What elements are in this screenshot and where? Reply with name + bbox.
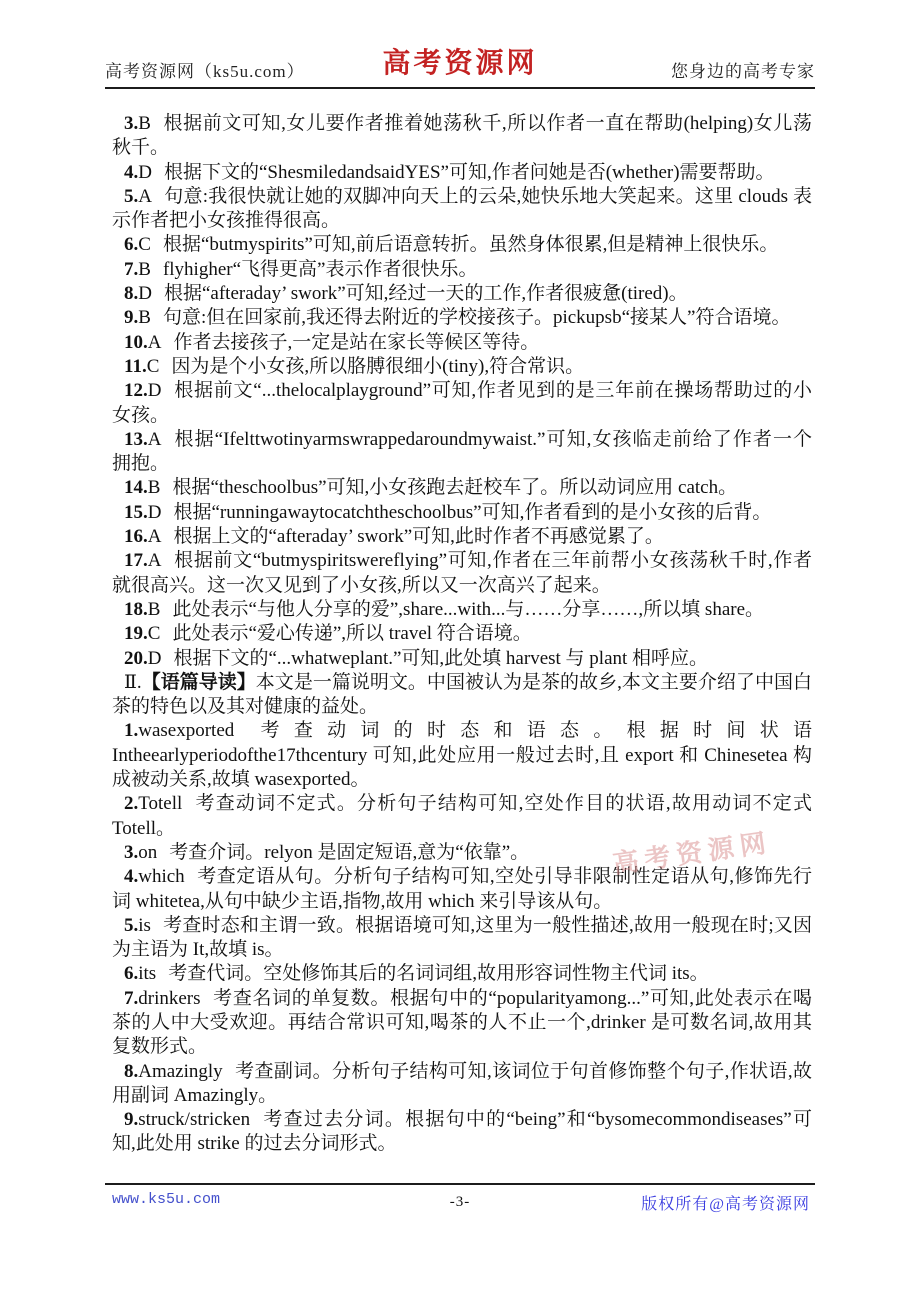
item-explanation: 考查名词的单复数。根据句中的“popularityamong...”可知,此处表…: [112, 988, 812, 1058]
item-number: 16.: [124, 526, 148, 547]
item-number: 1.: [124, 720, 138, 741]
item-number: 14.: [124, 477, 148, 498]
grammar-answer-list: 1.wasexported考查动词的时态和语态。根据时间状语 Intheearl…: [112, 719, 812, 1156]
item-answer: B: [138, 307, 151, 328]
item-answer: A: [148, 429, 162, 450]
answer-item: 8.Amazingly考查副词。分析句子结构可知,该词位于句首修饰整个句子,作状…: [112, 1060, 812, 1109]
item-number: 3.: [124, 113, 138, 134]
item-answer: C: [148, 623, 161, 644]
item-number: 5.: [124, 186, 138, 207]
answer-key-body: 3.B根据前文可知,女儿要作者推着她荡秋千,所以作者一直在帮助(helping)…: [112, 112, 812, 1157]
answer-item: 12.D根据前文“...thelocalplayground”可知,作者见到的是…: [112, 379, 812, 428]
answer-item: 4.D根据下文的“ShesmiledandsaidYES”可知,作者问她是否(w…: [112, 161, 812, 185]
answer-item: 11.C因为是个小女孩,所以胳膊很细小(tiny),符合常识。: [112, 355, 812, 379]
answer-item: 6.its考查代词。空处修饰其后的名词词组,故用形容词性物主代词 its。: [112, 962, 812, 986]
item-explanation: 考查时态和主谓一致。根据语境可知,这里为一般性描述,故用一般现在时;又因为主语为…: [112, 915, 812, 960]
item-answer: struck/stricken: [138, 1109, 250, 1130]
site-name: 高考资源网（ks5u.com）: [105, 57, 305, 82]
answer-item: 7.Bflyhigher“飞得更高”表示作者很快乐。: [112, 258, 812, 282]
item-answer: is: [138, 915, 151, 936]
item-number: 4.: [124, 162, 138, 183]
item-explanation: 根据“theschoolbus”可知,小女孩跑去赶校车了。所以动词应用 catc…: [172, 477, 737, 498]
item-explanation: 根据“butmyspirits”可知,前后语意转折。虽然身体很累,但是精神上很快…: [163, 234, 778, 255]
item-answer: on: [138, 842, 157, 863]
item-answer: B: [148, 477, 161, 498]
site-logo: 高考资源网: [382, 41, 537, 81]
item-explanation: 根据下文的“ShesmiledandsaidYES”可知,作者问她是否(whet…: [164, 162, 775, 183]
answer-item: 20.D根据下文的“...whatweplant.”可知,此处填 harvest…: [112, 647, 812, 671]
item-answer: D: [148, 502, 162, 523]
item-number: 7.: [124, 259, 138, 280]
document-page: 高考资源网（ks5u.com） 高考资源网 您身边的高考专家 3.B根据前文可知…: [0, 0, 920, 1302]
cloze-answer-list: 3.B根据前文可知,女儿要作者推着她荡秋千,所以作者一直在帮助(helping)…: [112, 112, 812, 671]
item-explanation: 根据“Ifelttwotinyarmswrappedaroundmywaist.…: [112, 429, 812, 474]
site-tagline: 您身边的高考专家: [671, 57, 815, 82]
item-explanation: 句意:我很快就让她的双脚冲向天上的云朵,她快乐地大笑起来。这里 clouds 表…: [112, 186, 812, 231]
item-answer: C: [138, 234, 151, 255]
item-answer: B: [148, 599, 161, 620]
answer-item: 10.A作者去接孩子,一定是站在家长等候区等待。: [112, 331, 812, 355]
item-explanation: 考查介词。relyon 是固定短语,意为“依靠”。: [169, 842, 529, 863]
item-number: 9.: [124, 1109, 138, 1130]
item-answer: its: [138, 963, 156, 984]
item-number: 12.: [124, 380, 148, 401]
item-answer: Totell: [138, 793, 182, 814]
item-number: 10.: [124, 332, 148, 353]
item-answer: A: [138, 186, 152, 207]
item-number: 17.: [124, 550, 148, 571]
footer-copyright: 版权所有@高考资源网: [641, 1191, 810, 1214]
item-answer: B: [138, 259, 151, 280]
item-number: 6.: [124, 963, 138, 984]
item-number: 9.: [124, 307, 138, 328]
item-number: 15.: [124, 502, 148, 523]
item-number: 4.: [124, 866, 138, 887]
answer-item: 5.A句意:我很快就让她的双脚冲向天上的云朵,她快乐地大笑起来。这里 cloud…: [112, 185, 812, 234]
item-answer: A: [148, 526, 162, 547]
item-number: 7.: [124, 988, 138, 1009]
intro-label: 【语篇导读】: [142, 672, 256, 693]
item-explanation: 根据前文可知,女儿要作者推着她荡秋千,所以作者一直在帮助(helping)女儿荡…: [112, 113, 812, 158]
answer-item: 13.A根据“Ifelttwotinyarmswrappedaroundmywa…: [112, 428, 812, 477]
item-explanation: 根据下文的“...whatweplant.”可知,此处填 harvest 与 p…: [173, 648, 708, 669]
item-explanation: flyhigher“飞得更高”表示作者很快乐。: [163, 259, 478, 280]
item-explanation: 考查定语从句。分析句子结构可知,空处引导非限制性定语从句,修饰先行词 white…: [112, 866, 812, 911]
item-explanation: 句意:但在回家前,我还得去附近的学校接孩子。pickupsb“接某人”符合语境。: [163, 307, 791, 328]
footer-url-link[interactable]: www.ks5u.com: [112, 1191, 220, 1208]
passage-intro: Ⅱ.【语篇导读】本文是一篇说明文。中国被认为是茶的故乡,本文主要介绍了中国白茶的…: [112, 671, 812, 720]
answer-item: 6.C根据“butmyspirits”可知,前后语意转折。虽然身体很累,但是精神…: [112, 233, 812, 257]
answer-item: 9.B句意:但在回家前,我还得去附近的学校接孩子。pickupsb“接某人”符合…: [112, 306, 812, 330]
answer-item: 14.B根据“theschoolbus”可知,小女孩跑去赶校车了。所以动词应用 …: [112, 476, 812, 500]
item-number: 3.: [124, 842, 138, 863]
item-explanation: 根据“runningawaytocatchtheschoolbus”可知,作者看…: [173, 502, 771, 523]
item-number: 8.: [124, 283, 138, 304]
item-explanation: 根据前文“butmyspiritswereflying”可知,作者在三年前帮小女…: [112, 550, 812, 595]
page-number: -3-: [450, 1194, 471, 1211]
item-number: 20.: [124, 648, 148, 669]
item-answer: D: [148, 648, 162, 669]
section-numeral: Ⅱ.: [124, 672, 142, 693]
item-explanation: 根据前文“...thelocalplayground”可知,作者见到的是三年前在…: [112, 380, 812, 425]
item-number: 13.: [124, 429, 148, 450]
item-explanation: 根据上文的“afteraday’ swork”可知,此时作者不再感觉累了。: [173, 526, 663, 547]
item-answer: drinkers: [138, 988, 200, 1009]
item-explanation: 考查动词不定式。分析句子结构可知,空处作目的状语,故用动词不定式 Totell。: [112, 793, 812, 838]
item-answer: D: [138, 283, 152, 304]
answer-item: 8.D根据“afteraday’ swork”可知,经过一天的工作,作者很疲惫(…: [112, 282, 812, 306]
answer-item: 3.on考查介词。relyon 是固定短语,意为“依靠”。: [112, 841, 812, 865]
item-explanation: 考查代词。空处修饰其后的名词词组,故用形容词性物主代词 its。: [168, 963, 708, 984]
answer-item: 18.B此处表示“与他人分享的爱”,share...with...与……分享………: [112, 598, 812, 622]
footer-divider: [105, 1183, 815, 1185]
item-answer: D: [138, 162, 152, 183]
answer-item: 7.drinkers考查名词的单复数。根据句中的“popularityamong…: [112, 987, 812, 1060]
answer-item: 5.is考查时态和主谓一致。根据语境可知,这里为一般性描述,故用一般现在时;又因…: [112, 914, 812, 963]
item-answer: which: [138, 866, 184, 887]
answer-item: 16.A根据上文的“afteraday’ swork”可知,此时作者不再感觉累了…: [112, 525, 812, 549]
item-number: 19.: [124, 623, 148, 644]
answer-item: 19.C此处表示“爱心传递”,所以 travel 符合语境。: [112, 622, 812, 646]
answer-item: 3.B根据前文可知,女儿要作者推着她荡秋千,所以作者一直在帮助(helping)…: [112, 112, 812, 161]
item-explanation: 作者去接孩子,一定是站在家长等候区等待。: [173, 332, 539, 353]
answer-item: 15.D根据“runningawaytocatchtheschoolbus”可知…: [112, 501, 812, 525]
item-number: 6.: [124, 234, 138, 255]
answer-item: 1.wasexported考查动词的时态和语态。根据时间状语 Intheearl…: [112, 719, 812, 792]
answer-item: 2.Totell考查动词不定式。分析句子结构可知,空处作目的状语,故用动词不定式…: [112, 792, 812, 841]
item-explanation: 因为是个小女孩,所以胳膊很细小(tiny),符合常识。: [171, 356, 584, 377]
item-explanation: 此处表示“与他人分享的爱”,share...with...与……分享……,所以填…: [172, 599, 764, 620]
item-answer: wasexported: [138, 720, 234, 741]
item-number: 11.: [124, 356, 147, 377]
item-answer: D: [148, 380, 162, 401]
item-number: 2.: [124, 793, 138, 814]
item-number: 18.: [124, 599, 148, 620]
answer-item: 17.A根据前文“butmyspiritswereflying”可知,作者在三年…: [112, 549, 812, 598]
item-answer: C: [147, 356, 160, 377]
item-answer: A: [148, 550, 162, 571]
page-header: 高考资源网（ks5u.com） 高考资源网 您身边的高考专家: [105, 0, 815, 89]
answer-item: 9.struck/stricken考查过去分词。根据句中的“being”和“by…: [112, 1108, 812, 1157]
item-number: 5.: [124, 915, 138, 936]
item-explanation: 根据“afteraday’ swork”可知,经过一天的工作,作者很疲惫(tir…: [164, 283, 688, 304]
item-answer: A: [148, 332, 162, 353]
item-number: 8.: [124, 1061, 138, 1082]
item-answer: B: [138, 113, 151, 134]
item-explanation: 此处表示“爱心传递”,所以 travel 符合语境。: [172, 623, 531, 644]
answer-item: 4.which考查定语从句。分析句子结构可知,空处引导非限制性定语从句,修饰先行…: [112, 865, 812, 914]
item-answer: Amazingly: [138, 1061, 222, 1082]
